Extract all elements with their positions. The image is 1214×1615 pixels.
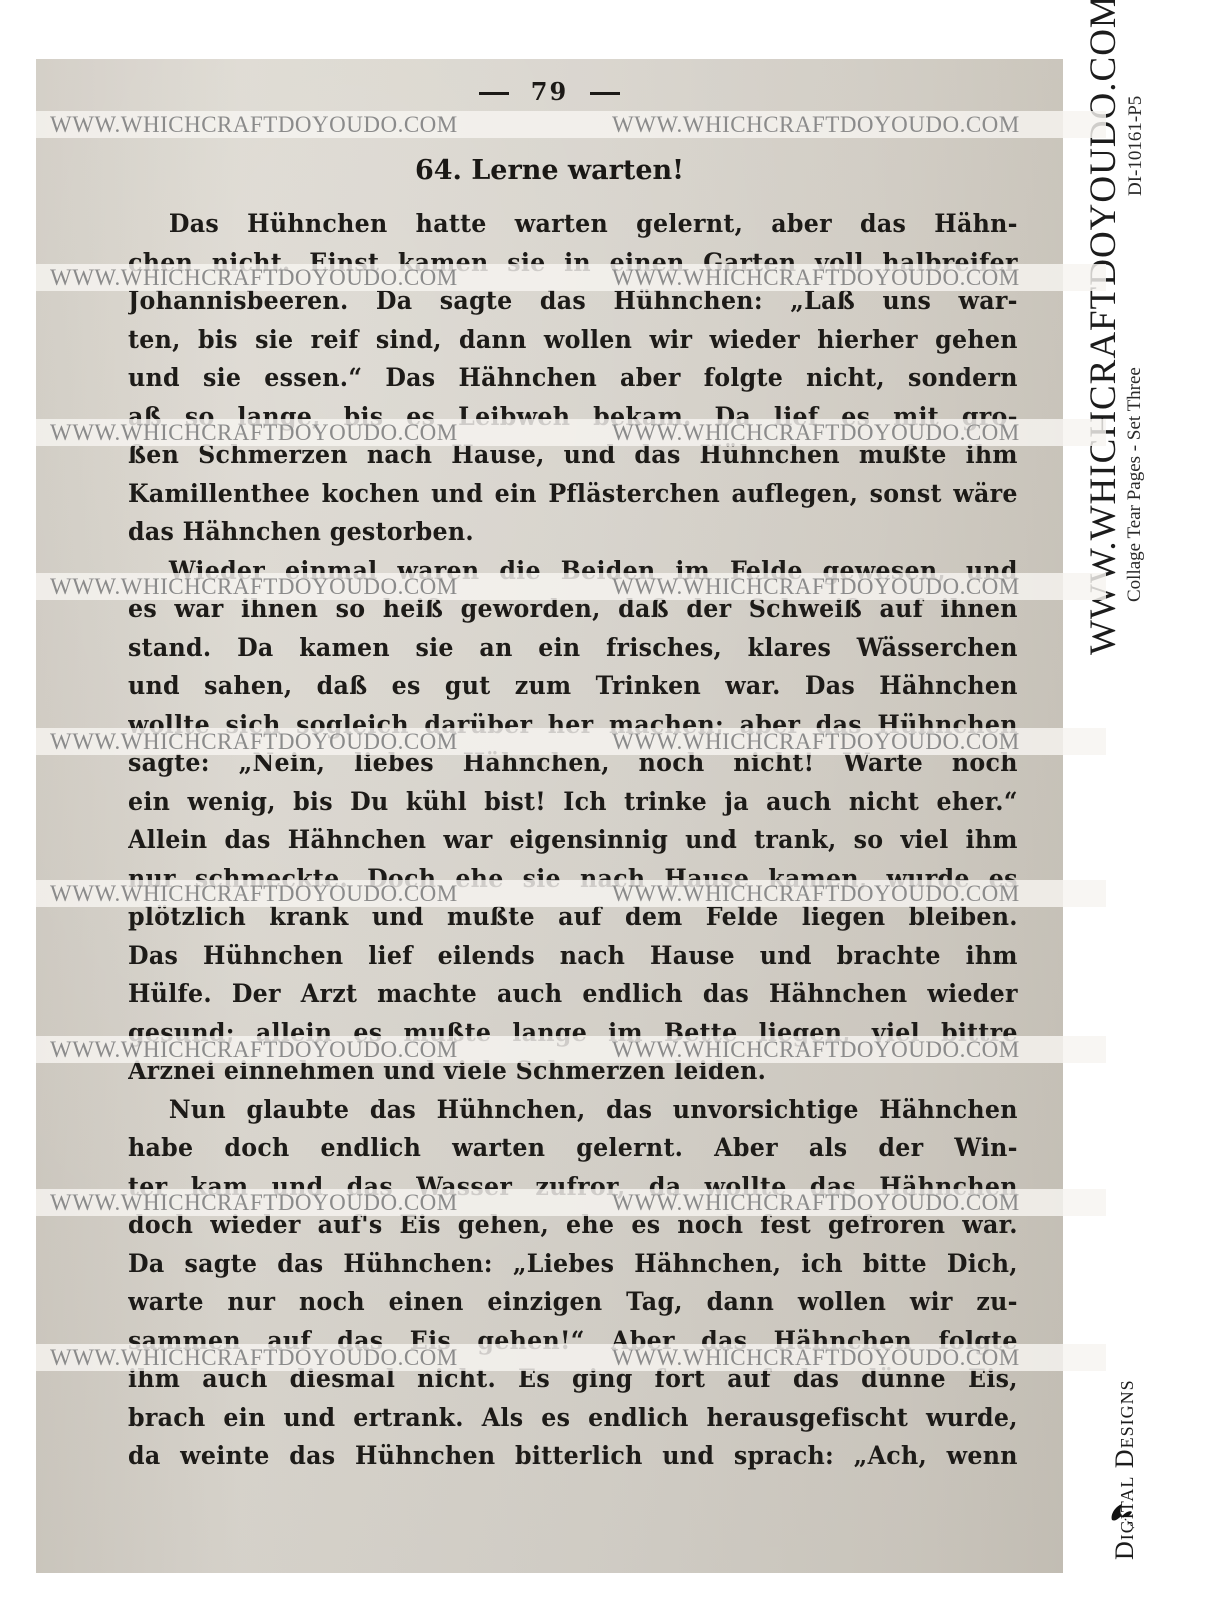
text-line: ein wenig, bis Du kühl bist! Ich trinke … [128, 783, 1018, 822]
text-line: Das Hühnchen hatte warten gelernt, aber … [128, 205, 1018, 244]
page-number-dash-right [590, 92, 620, 95]
watermark-text: WWW.WHICHCRAFTDOYOUDO.COM [50, 573, 458, 600]
watermark-text: WWW.WHICHCRAFTDOYOUDO.COM [612, 1189, 1020, 1216]
text-line: brach ein und ertrank. Als es endlich he… [128, 1399, 1018, 1438]
text-line: und sie essen.“ Das Hähnchen aber folgte… [128, 359, 1018, 398]
text-line: habe doch endlich warten gelernt. Aber a… [128, 1129, 1018, 1168]
sidebar-collection-name: Collage Tear Pages - Set Three [1124, 367, 1146, 602]
watermark-band: WWW.WHICHCRAFTDOYOUDO.COMWWW.WHICHCRAFTD… [36, 1344, 1106, 1371]
text-line: und sahen, daß es gut zum Trinken war. D… [128, 667, 1018, 706]
watermark-band: WWW.WHICHCRAFTDOYOUDO.COMWWW.WHICHCRAFTD… [36, 419, 1106, 446]
watermark-band: WWW.WHICHCRAFTDOYOUDO.COMWWW.WHICHCRAFTD… [36, 880, 1106, 907]
watermark-text: WWW.WHICHCRAFTDOYOUDO.COM [50, 111, 458, 138]
watermark-band: WWW.WHICHCRAFTDOYOUDO.COMWWW.WHICHCRAFTD… [36, 1189, 1106, 1216]
watermark-text: WWW.WHICHCRAFTDOYOUDO.COM [50, 419, 458, 446]
text-line: das Hähnchen gestorben. [128, 513, 1018, 552]
butterfly-icon [1108, 1500, 1138, 1530]
watermark-text: WWW.WHICHCRAFTDOYOUDO.COM [612, 880, 1020, 907]
watermark-text: WWW.WHICHCRAFTDOYOUDO.COM [612, 1344, 1020, 1371]
text-line: stand. Da kamen sie an ein frisches, kla… [128, 629, 1018, 668]
text-line: Kamillenthee kochen und ein Pflästerchen… [128, 475, 1018, 514]
text-line: Da sagte das Hühnchen: „Liebes Hähnchen,… [128, 1245, 1018, 1284]
watermark-text: WWW.WHICHCRAFTDOYOUDO.COM [612, 264, 1020, 291]
text-line: Allein das Hähnchen war eigensinnig und … [128, 821, 1018, 860]
watermark-text: WWW.WHICHCRAFTDOYOUDO.COM [612, 111, 1020, 138]
watermark-text: WWW.WHICHCRAFTDOYOUDO.COM [50, 880, 458, 907]
sidebar-url: WWW.WHICHCRAFTDOYOUDO.COM [1082, 0, 1125, 655]
watermark-band: WWW.WHICHCRAFTDOYOUDO.COMWWW.WHICHCRAFTD… [36, 264, 1106, 291]
watermark-text: WWW.WHICHCRAFTDOYOUDO.COM [50, 1036, 458, 1063]
watermark-text: WWW.WHICHCRAFTDOYOUDO.COM [612, 728, 1020, 755]
text-line: Hülfe. Der Arzt machte auch endlich das … [128, 975, 1018, 1014]
page-number-value: 79 [531, 77, 568, 106]
watermark-band: WWW.WHICHCRAFTDOYOUDO.COMWWW.WHICHCRAFTD… [36, 728, 1106, 755]
watermark-text: WWW.WHICHCRAFTDOYOUDO.COM [612, 1036, 1020, 1063]
brand-logo-text: Digital Designs [1110, 1379, 1140, 1560]
watermark-band: WWW.WHICHCRAFTDOYOUDO.COMWWW.WHICHCRAFTD… [36, 1036, 1106, 1063]
watermark-text: WWW.WHICHCRAFTDOYOUDO.COM [50, 264, 458, 291]
text-line: warte nur noch einen einzigen Tag, dann … [128, 1283, 1018, 1322]
text-line: Das Hühnchen lief eilends nach Hause und… [128, 937, 1018, 976]
page-number-dash-left [479, 92, 509, 95]
watermark-text: WWW.WHICHCRAFTDOYOUDO.COM [50, 1344, 458, 1371]
watermark-band: WWW.WHICHCRAFTDOYOUDO.COMWWW.WHICHCRAFTD… [36, 573, 1106, 600]
watermark-text: WWW.WHICHCRAFTDOYOUDO.COM [50, 1189, 458, 1216]
text-line: ten, bis sie reif sind, dann wollen wir … [128, 321, 1018, 360]
story-body: Das Hühnchen hatte warten gelernt, aber … [128, 205, 1018, 1476]
page-number: 79 [36, 77, 1063, 106]
text-line: da weinte das Hühnchen bitterlich und sp… [128, 1437, 1018, 1476]
watermark-text: WWW.WHICHCRAFTDOYOUDO.COM [50, 728, 458, 755]
watermark-text: WWW.WHICHCRAFTDOYOUDO.COM [612, 573, 1020, 600]
watermark-text: WWW.WHICHCRAFTDOYOUDO.COM [612, 419, 1020, 446]
sidebar-product-code: DI-10161-P5 [1125, 96, 1147, 196]
watermark-band: WWW.WHICHCRAFTDOYOUDO.COMWWW.WHICHCRAFTD… [36, 111, 1106, 138]
text-line: Nun glaubte das Hühnchen, das unvorsicht… [128, 1091, 1018, 1130]
chapter-title: 64. Lerne warten! [36, 155, 1063, 186]
